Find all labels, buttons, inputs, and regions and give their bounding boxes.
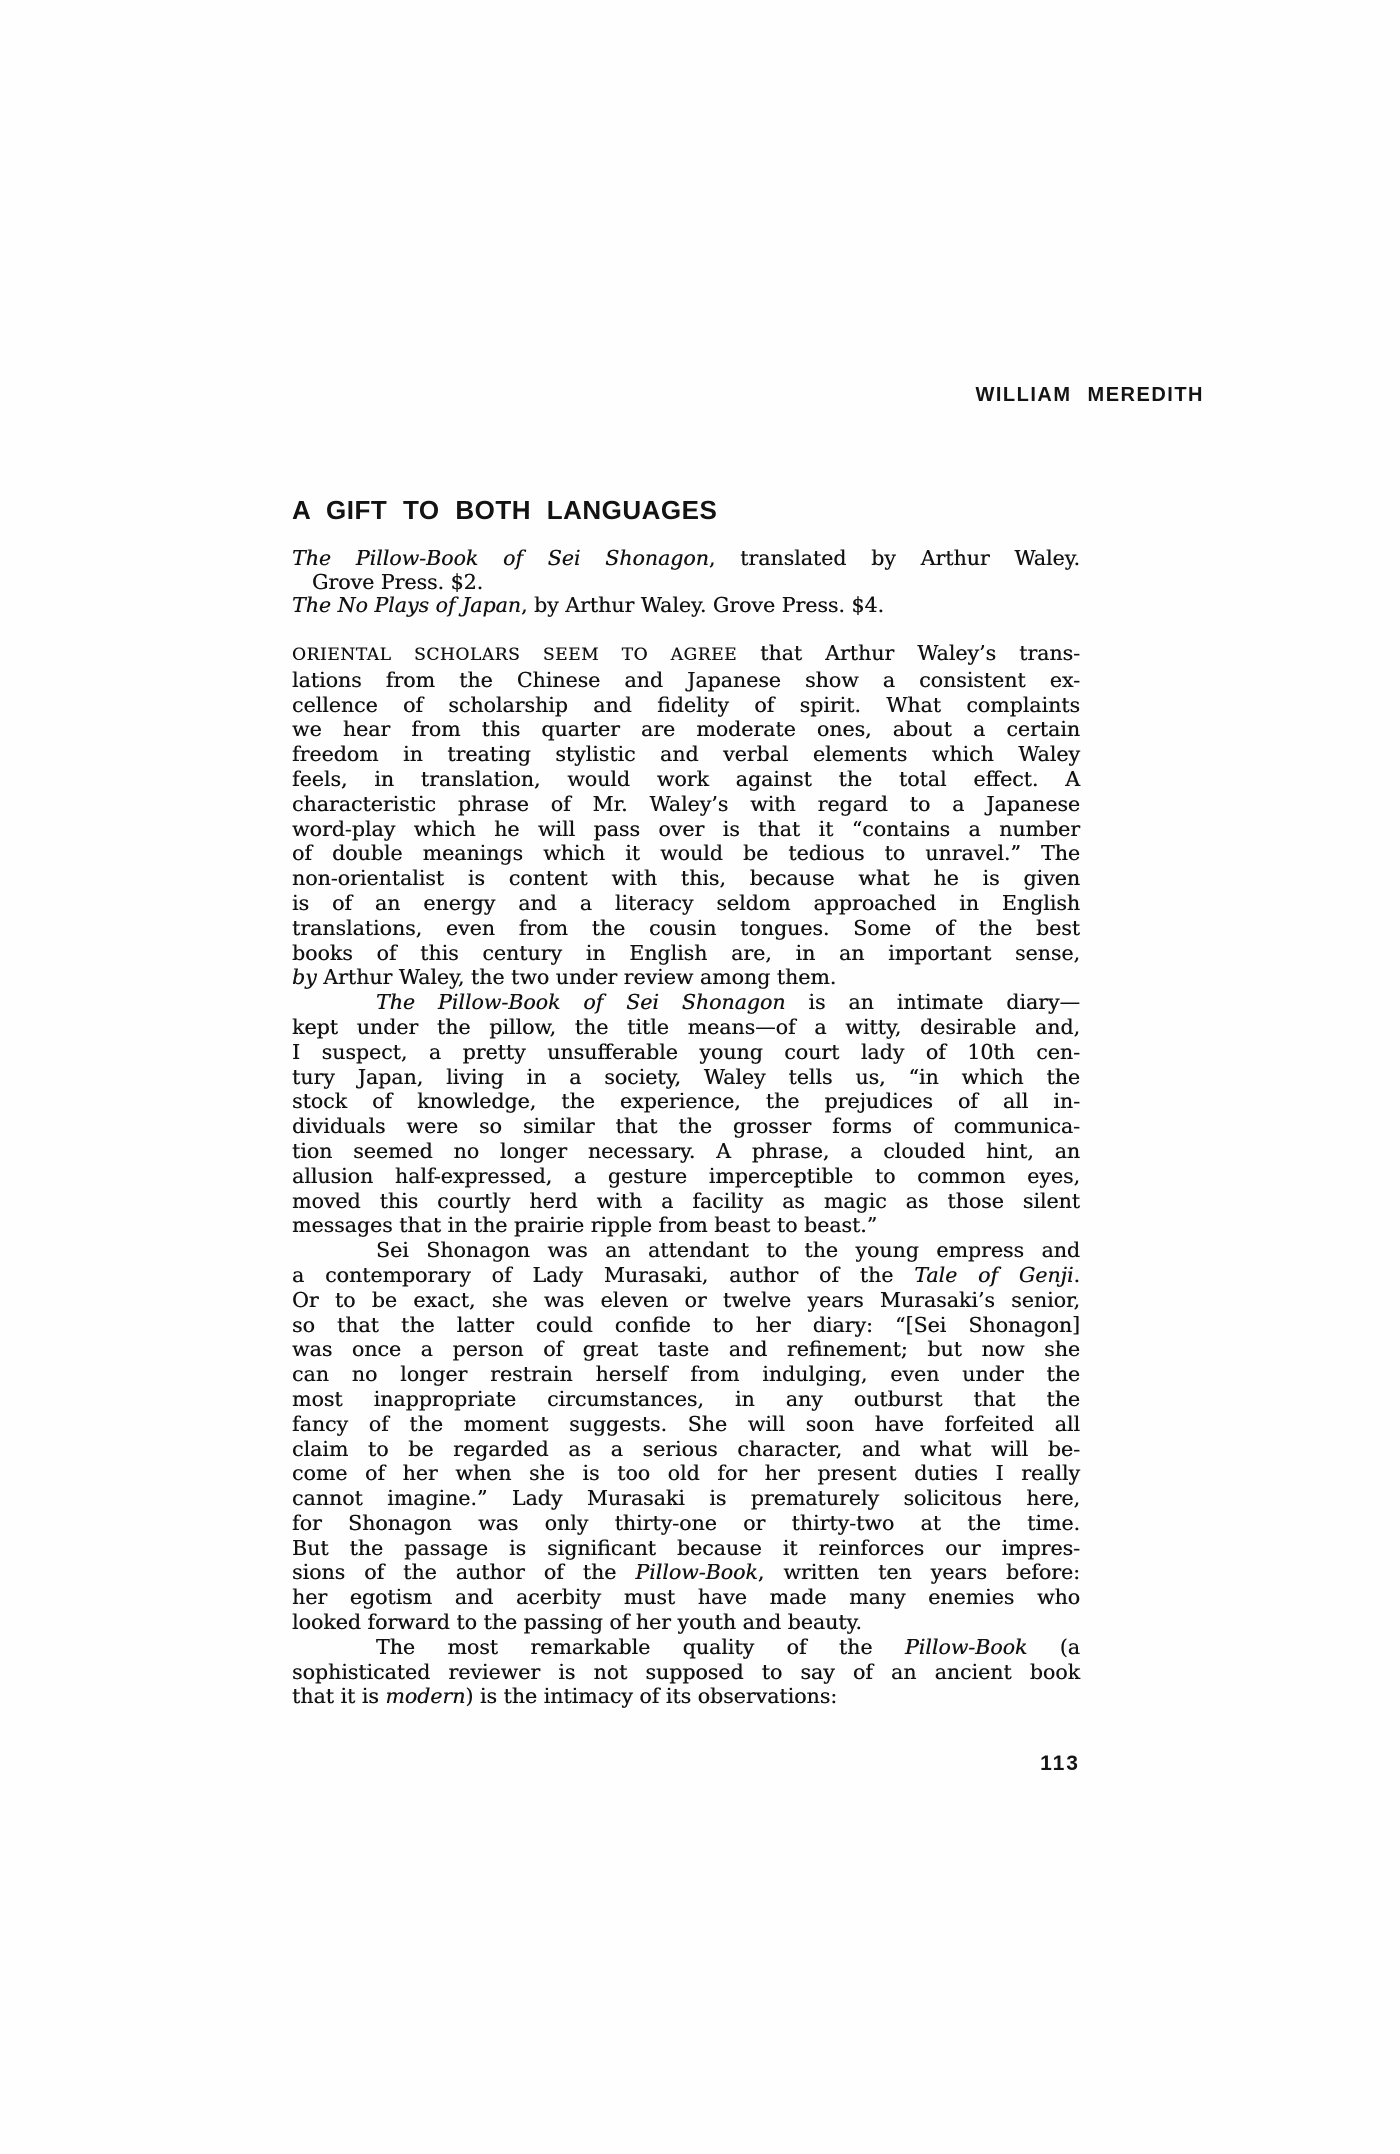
text-line: come of her when she is too old for her …	[292, 1461, 1080, 1486]
text-segment-i: The Pillow-Book of Sei Shonagon	[292, 546, 709, 570]
text-segment-n: books of this century in English are, in…	[292, 941, 1080, 965]
text-segment-n: sophisticated reviewer is not supposed t…	[292, 1660, 1080, 1684]
text-segment-n: I suspect, a pretty unsufferable young c…	[292, 1040, 1080, 1064]
text-segment-i: modern	[385, 1684, 465, 1708]
text-segment-n: fancy of the moment suggests. She will s…	[292, 1412, 1080, 1436]
text-line: most inappropriate circumstances, in any…	[292, 1387, 1080, 1412]
text-segment-n: was once a person of great taste and ref…	[292, 1337, 1080, 1361]
text-segment-n: is of an energy and a literacy seldom ap…	[292, 891, 1080, 915]
text-segment-n: But the passage is significant because i…	[292, 1536, 1080, 1560]
paragraph: Sei Shonagon was an attendant to the you…	[292, 1238, 1080, 1635]
text-segment-n: , written ten years before:	[758, 1560, 1080, 1584]
text-line: that it is modern) is the intimacy of it…	[292, 1684, 1080, 1709]
text-line: fancy of the moment suggests. She will s…	[292, 1412, 1080, 1437]
text-line: Or to be exact, she was eleven or twelve…	[292, 1288, 1080, 1313]
text-segment-n: cannot imagine.” Lady Murasaki is premat…	[292, 1486, 1080, 1510]
text-line: for Shonagon was only thirty-one or thir…	[292, 1511, 1080, 1536]
text-segment-n: Sei Shonagon was an attendant to the you…	[376, 1238, 1080, 1262]
text-line: feels, in translation, would work agains…	[292, 767, 1080, 792]
text-line: looked forward to the passing of her you…	[292, 1610, 1080, 1635]
text-line: translations, even from the cousin tongu…	[292, 916, 1080, 941]
text-segment-n: freedom in treating stylistic and verbal…	[292, 742, 1080, 766]
text-line: tion seemed no longer necessary. A phras…	[292, 1139, 1080, 1164]
text-segment-n: for Shonagon was only thirty-one or thir…	[292, 1511, 1080, 1535]
text-segment-n: sions of the author of the	[292, 1560, 635, 1584]
text-segment-n: non-orientalist is content with this, be…	[292, 866, 1080, 890]
text-segment-n: is an intimate diary—	[785, 990, 1080, 1014]
bibliography: The Pillow-Book of Sei Shonagon, transla…	[292, 547, 1080, 618]
text-line: kept under the pillow, the title means—o…	[292, 1015, 1080, 1040]
text-segment-n: kept under the pillow, the title means—o…	[292, 1015, 1080, 1039]
bibliography-line: The No Plays of Japan, by Arthur Waley. …	[292, 594, 1080, 618]
paragraph: ORIENTAL SCHOLARS SEEM TO AGREE that Art…	[292, 641, 1080, 990]
text-segment-i: Pillow-Book	[635, 1560, 757, 1584]
text-segment-n: .	[1073, 1263, 1080, 1287]
text-segment-n: her egotism and acerbity must have made …	[292, 1585, 1080, 1609]
bibliography-line: The Pillow-Book of Sei Shonagon, transla…	[292, 547, 1080, 571]
text-line: dividuals were so similar that the gross…	[292, 1114, 1080, 1139]
text-segment-n: , translated by Arthur Waley.	[709, 546, 1080, 570]
text-line: lations from the Chinese and Japanese sh…	[292, 668, 1080, 693]
text-line: But the passage is significant because i…	[292, 1536, 1080, 1561]
text-segment-n: moved this courtly herd with a facility …	[292, 1189, 1080, 1213]
text-segment-n: that it is	[292, 1684, 385, 1708]
text-segment-n: of double meanings which it would be ted…	[292, 841, 1080, 865]
text-segment-n: come of her when she is too old for her …	[292, 1461, 1080, 1485]
author-header: WILLIAM MEREDITH	[975, 384, 1204, 407]
text-line: moved this courtly herd with a facility …	[292, 1189, 1080, 1214]
scanned-book-page: WILLIAM MEREDITH A GIFT TO BOTH LANGUAGE…	[0, 0, 1400, 2154]
text-segment-n: so that the latter could confide to her …	[292, 1313, 1080, 1337]
text-line: stock of knowledge, the experience, the …	[292, 1089, 1080, 1114]
text-line: Sei Shonagon was an attendant to the you…	[376, 1238, 1080, 1263]
text-segment-n: feels, in translation, would work agains…	[292, 767, 1080, 791]
text-line: characteristic phrase of Mr. Waley’s wit…	[292, 792, 1080, 817]
text-line: ORIENTAL SCHOLARS SEEM TO AGREE that Art…	[292, 641, 1080, 668]
text-line: her egotism and acerbity must have made …	[292, 1585, 1080, 1610]
text-segment-n: translations, even from the cousin tongu…	[292, 916, 1080, 940]
text-segment-i: by	[292, 965, 317, 989]
text-segment-i: Tale of Genji	[914, 1263, 1073, 1287]
text-segment-n: stock of knowledge, the experience, the …	[292, 1089, 1080, 1113]
text-segment-n: characteristic phrase of Mr. Waley’s wit…	[292, 792, 1080, 816]
text-segment-n: tion seemed no longer necessary. A phras…	[292, 1139, 1080, 1163]
article-title: A GIFT TO BOTH LANGUAGES	[292, 495, 717, 526]
bibliography-line: Grove Press. $2.	[312, 571, 1080, 595]
text-line: so that the latter could confide to her …	[292, 1313, 1080, 1338]
text-line: can no longer restrain herself from indu…	[292, 1362, 1080, 1387]
text-line: allusion half-expressed, a gesture imper…	[292, 1164, 1080, 1189]
text-segment-n: tury Japan, living in a society, Waley t…	[292, 1065, 1080, 1089]
paragraph: The most remarkable quality of the Pillo…	[292, 1635, 1080, 1709]
text-segment-n: word-play which he will pass over is tha…	[292, 817, 1080, 841]
text-segment-i: The No Plays of Japan	[292, 593, 521, 617]
text-segment-n: (a	[1027, 1635, 1080, 1659]
text-line: sions of the author of the Pillow-Book, …	[292, 1560, 1080, 1585]
text-line: non-orientalist is content with this, be…	[292, 866, 1080, 891]
text-segment-n: most inappropriate circumstances, in any…	[292, 1387, 1080, 1411]
text-segment-n: Grove Press. $2.	[312, 570, 483, 594]
page-number: 113	[1040, 1752, 1080, 1776]
text-line: cannot imagine.” Lady Murasaki is premat…	[292, 1486, 1080, 1511]
text-segment-n: messages that in the prairie ripple from…	[292, 1213, 877, 1237]
text-line: of double meanings which it would be ted…	[292, 841, 1080, 866]
text-segment-n: Or to be exact, she was eleven or twelve…	[292, 1288, 1080, 1312]
text-line: freedom in treating stylistic and verbal…	[292, 742, 1080, 767]
text-line: word-play which he will pass over is tha…	[292, 817, 1080, 842]
text-line: messages that in the prairie ripple from…	[292, 1213, 1080, 1238]
text-segment-n: The most remarkable quality of the	[376, 1635, 905, 1659]
text-line: by Arthur Waley, the two under review am…	[292, 965, 1080, 990]
text-line: a contemporary of Lady Murasaki, author …	[292, 1263, 1080, 1288]
text-line: The Pillow-Book of Sei Shonagon is an in…	[376, 990, 1080, 1015]
text-segment-i: The Pillow-Book of Sei Shonagon	[376, 990, 785, 1014]
text-segment-n: can no longer restrain herself from indu…	[292, 1362, 1080, 1386]
text-segment-n: ) is the intimacy of its observations:	[465, 1684, 837, 1708]
text-segment-n: dividuals were so similar that the gross…	[292, 1114, 1080, 1138]
text-line: is of an energy and a literacy seldom ap…	[292, 891, 1080, 916]
text-line: books of this century in English are, in…	[292, 941, 1080, 966]
review-body: ORIENTAL SCHOLARS SEEM TO AGREE that Art…	[292, 641, 1080, 1709]
text-segment-i: Pillow-Book	[905, 1635, 1027, 1659]
text-segment-n: that Arthur Waley’s trans-	[737, 641, 1080, 665]
text-segment-sc: ORIENTAL SCHOLARS SEEM TO AGREE	[292, 645, 737, 665]
text-segment-n: looked forward to the passing of her you…	[292, 1610, 862, 1634]
text-segment-n: a contemporary of Lady Murasaki, author …	[292, 1263, 914, 1287]
text-line: we hear from this quarter are moderate o…	[292, 717, 1080, 742]
text-line: The most remarkable quality of the Pillo…	[376, 1635, 1080, 1660]
text-line: was once a person of great taste and ref…	[292, 1337, 1080, 1362]
text-segment-n: cellence of scholarship and fidelity of …	[292, 693, 1080, 717]
text-line: claim to be regarded as a serious charac…	[292, 1437, 1080, 1462]
text-segment-n: claim to be regarded as a serious charac…	[292, 1437, 1080, 1461]
text-segment-n: we hear from this quarter are moderate o…	[292, 717, 1080, 741]
text-segment-n: Arthur Waley, the two under review among…	[317, 965, 837, 989]
paragraph: The Pillow-Book of Sei Shonagon is an in…	[292, 990, 1080, 1238]
text-line: I suspect, a pretty unsufferable young c…	[292, 1040, 1080, 1065]
text-line: cellence of scholarship and fidelity of …	[292, 693, 1080, 718]
text-segment-n: lations from the Chinese and Japanese sh…	[292, 668, 1080, 692]
text-segment-n: , by Arthur Waley. Grove Press. $4.	[521, 593, 884, 617]
text-line: tury Japan, living in a society, Waley t…	[292, 1065, 1080, 1090]
text-segment-n: allusion half-expressed, a gesture imper…	[292, 1164, 1080, 1188]
text-line: sophisticated reviewer is not supposed t…	[292, 1660, 1080, 1685]
